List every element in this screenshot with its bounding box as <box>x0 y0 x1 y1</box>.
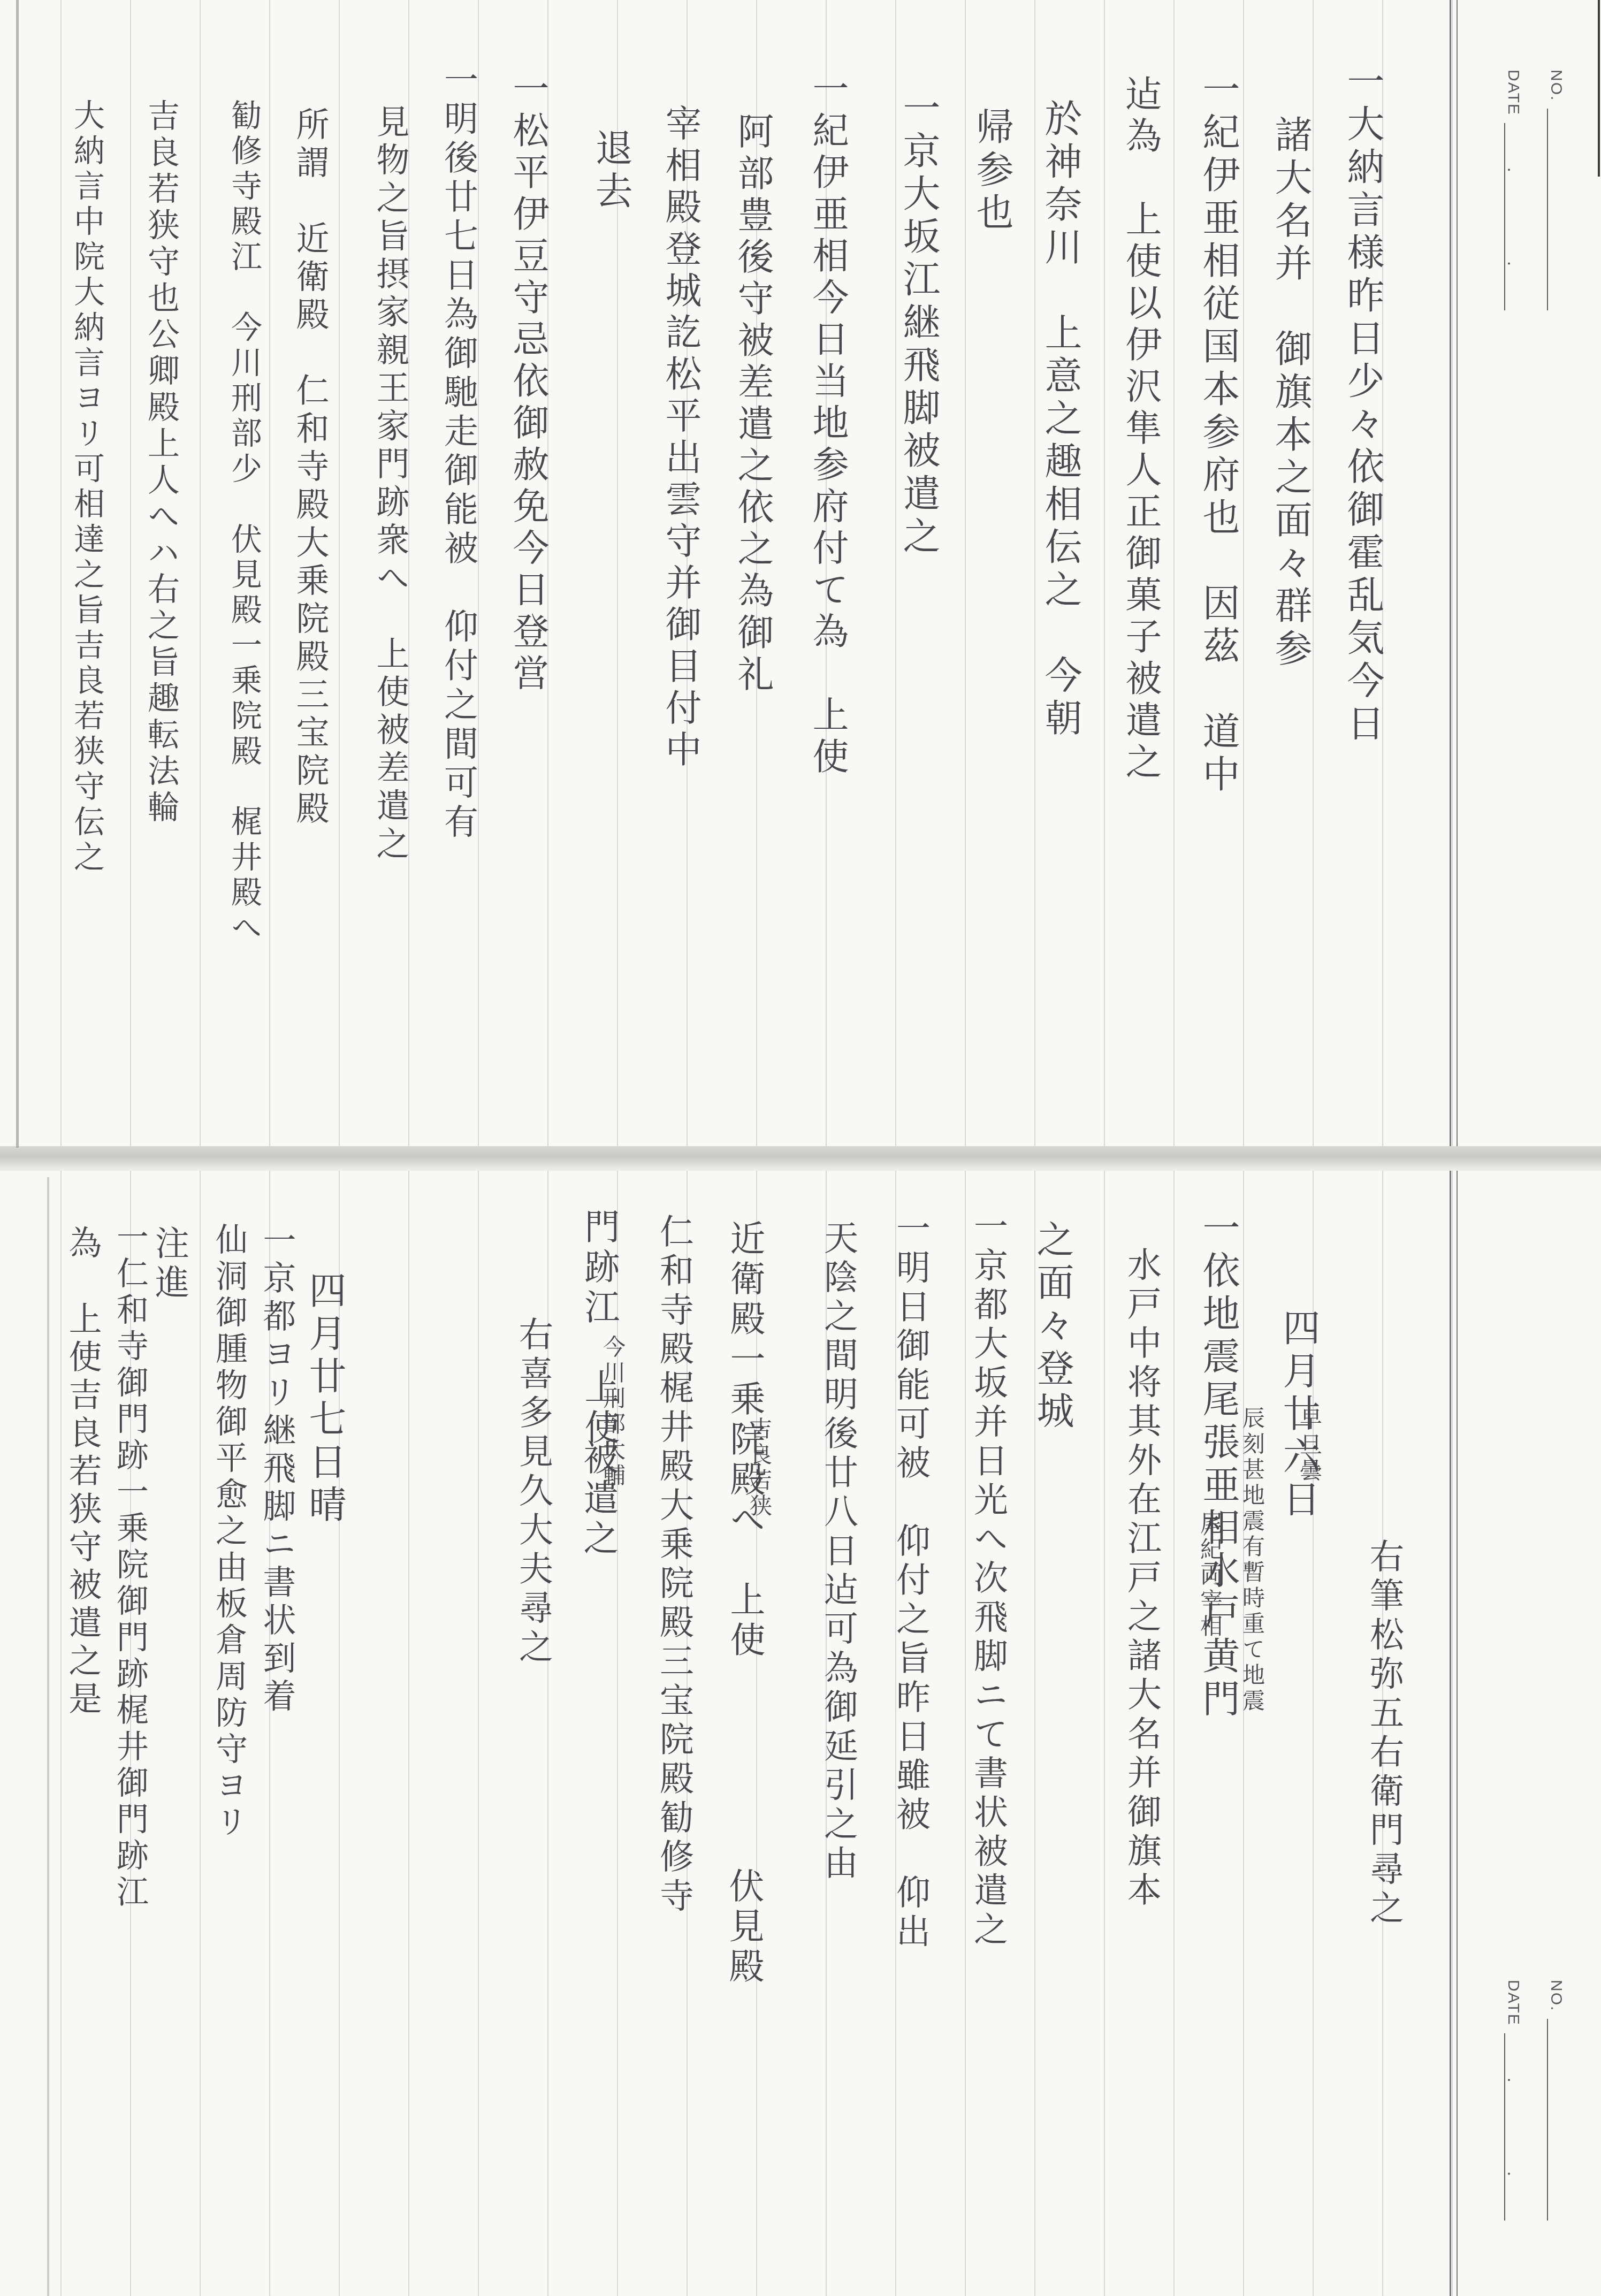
handwritten-column: 大納言中院大納言ヨリ可相達之旨吉良若狭守伝之 <box>71 99 102 876</box>
handwritten-column: 右筆松弥五右衛門尋之 <box>1367 1538 1401 1929</box>
handwritten-column: 早旦曇 <box>1298 1407 1321 1484</box>
handwritten-column: 尾紀両宰相 <box>1199 1512 1221 1640</box>
date-field: DATE ・・ <box>1504 70 1528 310</box>
handwritten-column: 天陰之間明後廿八日迠可為御延引之由 <box>821 1220 856 1884</box>
handwritten-column: 見物之旨摂家親王家門跡衆へ 上使被差遣之 <box>373 104 406 864</box>
handwritten-column: 退去 <box>592 128 630 214</box>
handwritten-column: 仁和寺殿梶井殿大乗院殿三宝院殿勧修寺 <box>657 1214 691 1917</box>
date-line: ・・ <box>1504 2033 1529 2221</box>
handwritten-column: 吉良若狭 <box>748 1417 771 1520</box>
date-line: ・・ <box>1504 123 1529 310</box>
handwritten-column: 阿部豊後守被差遣之依之為御礼 <box>735 112 771 697</box>
handwritten-column: 四月廿七日晴 <box>306 1271 344 1528</box>
page-edge-shadow <box>16 0 19 1148</box>
no-field: NO. <box>1547 1980 1570 2221</box>
date-dot: ・ <box>1501 2168 1518 2179</box>
page-header: NO. DATE ・・ <box>1504 1980 1570 2221</box>
page-header: NO. DATE ・・ <box>1504 70 1570 310</box>
handwritten-column: 迠為 上使以伊沢隼人正御菓子被遣之 <box>1123 75 1159 784</box>
date-field: DATE ・・ <box>1504 1980 1528 2221</box>
handwritten-column: 右喜多見久大夫尋之 <box>516 1316 551 1668</box>
handwritten-column: 帰参也 <box>973 107 1011 235</box>
page-seam <box>0 1146 1601 1171</box>
handwritten-column: 水戸中将其外在江戸之諸大名并御旗本 <box>1125 1247 1159 1911</box>
handwritten-column: 一明日御能可被 仰付之旨昨日雖被 仰出 <box>894 1210 928 1952</box>
handwritten-column: 伏見殿 <box>726 1867 761 1988</box>
handwritten-column: 仙洞御腫物御平愈之由板倉周防守ヨリ <box>213 1223 245 1841</box>
handwritten-column: 諸大名并 御旗本之面々群参 <box>1272 115 1309 672</box>
date-dot: ・ <box>1501 2074 1518 2086</box>
handwritten-column: 一大納言様昨日少々依御霍乱気今日 <box>1344 62 1382 746</box>
scanned-page-bottom: NO. DATE ・・ 右筆松弥五右衛門尋之四月廿六日早旦曇辰刻甚地震有暫時重て… <box>0 1171 1601 2296</box>
margin-rule <box>1450 1171 1458 2296</box>
handwritten-column: 勧修寺殿江 今川刑部少 伏見殿一乗院殿 梶井殿へ <box>228 99 259 947</box>
handwritten-column: 之面々登城 <box>1034 1220 1071 1434</box>
page-edge-shadow <box>47 1177 49 2296</box>
handwritten-column: 注進 <box>153 1225 187 1303</box>
handwritten-column: 一京都大坂并日光へ次飛脚ニて書状被遣之 <box>971 1208 1005 1950</box>
handwritten-column: 吉良若狭守也公卿殿上人へハ右之旨趣転法輪 <box>145 99 177 827</box>
no-label: NO. <box>1547 70 1565 101</box>
handwritten-column: 辰刻甚地震有暫時重て地震 <box>1241 1406 1263 1714</box>
handwritten-column: 一京都ヨリ継飛脚ニ書状到着 <box>260 1223 293 1717</box>
handwritten-column: 一京大坂江継飛脚被遣之 <box>900 88 937 559</box>
date-dot: ・ <box>1501 257 1518 269</box>
handwritten-column: 一仁和寺御門跡一乗院御門跡梶井御門跡江 <box>114 1220 146 1911</box>
handwritten-column: 於神奈川 上意之趣相伝之 今朝 <box>1042 99 1079 741</box>
no-field: NO. <box>1547 70 1570 310</box>
date-dot: ・ <box>1501 164 1518 176</box>
handwritten-column: 被遣之 <box>581 1439 616 1560</box>
handwritten-column: 一松平伊豆守忌依御赦免今日登営 <box>510 70 546 696</box>
scan-edge-artifact <box>1598 0 1600 177</box>
date-label: DATE <box>1504 1980 1522 2026</box>
scanned-page-top: NO. DATE ・・ 一大納言様昨日少々依御霍乱気今日諸大名并 御旗本之面々群… <box>0 0 1601 1149</box>
handwritten-column: 一紀伊亜相今日当地参府付て為 上使 <box>810 70 846 779</box>
date-label: DATE <box>1504 70 1522 116</box>
no-line <box>1547 109 1572 310</box>
notebook-scan: NO. DATE ・・ 一大納言様昨日少々依御霍乱気今日諸大名并 御旗本之面々群… <box>0 0 1601 2296</box>
handwritten-column: 所謂 近衛殿 仁和寺殿大乗院殿三宝院殿 <box>293 107 326 829</box>
no-label: NO. <box>1547 1980 1565 2011</box>
handwritten-column: 一明後廿七日為御馳走御能被 仰付之間可有 <box>441 62 476 843</box>
handwritten-column: 一依地震尾張亜相水戸黄門 <box>1200 1208 1237 1722</box>
handwritten-column: 一紀伊亜相従国本参府也 因茲 道中 <box>1200 70 1237 797</box>
no-line <box>1547 2019 1572 2221</box>
margin-rule <box>1450 0 1458 1149</box>
handwritten-column: 為 上使吉良若狭守被遣之是 <box>65 1225 98 1719</box>
handwritten-column: 宰相殿登城訖松平出雲守并御目付中 <box>662 104 699 772</box>
